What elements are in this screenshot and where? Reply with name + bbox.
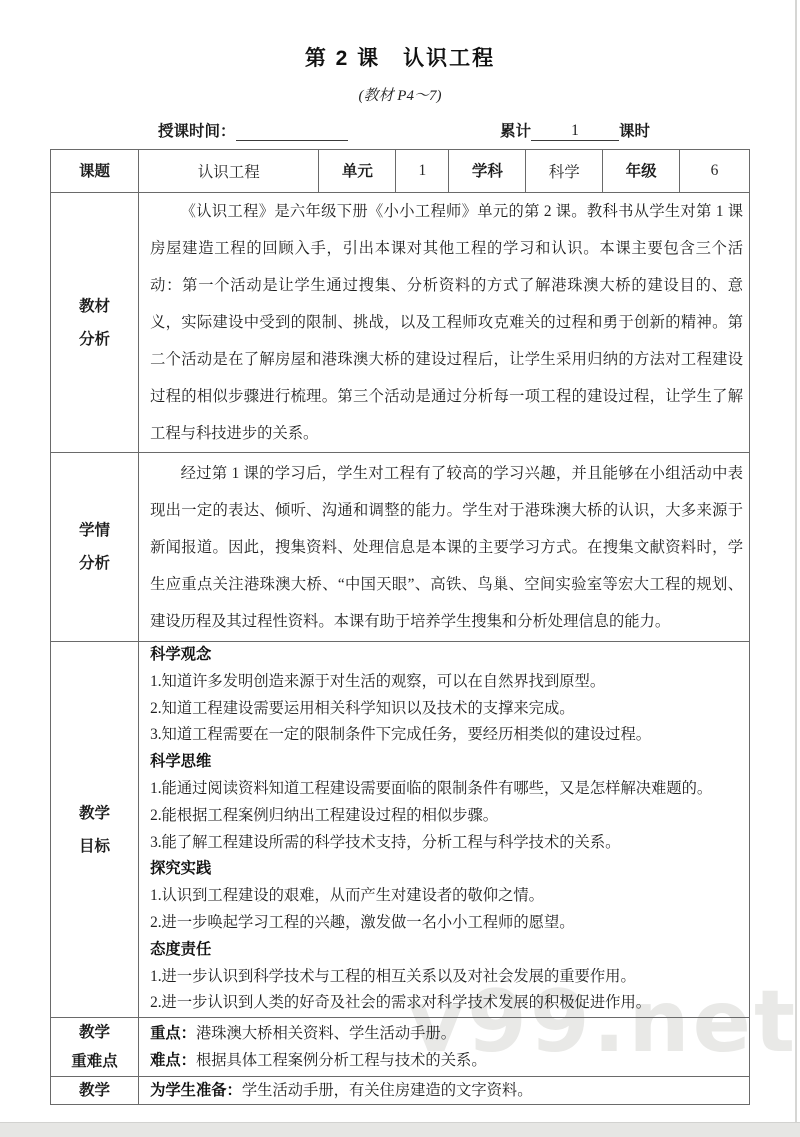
goal-section-science-concept: 科学观念	[150, 642, 743, 669]
preparation-item-text: 学生活动手册，有关住房建造的文字资料。	[242, 1082, 533, 1099]
lesson-time-group: 授课时间：	[158, 119, 348, 141]
preparation-item-label: 为学生准备：	[150, 1082, 242, 1099]
goal-item: 2.能根据工程案例归纳出工程建设过程的相似步骤。	[150, 803, 743, 830]
goal-item: 1.能通过阅读资料知道工程建设需要面临的限制条件有哪些，又是怎样解决难题的。	[150, 776, 743, 803]
info-row: 课题 认识工程 单元 1 学科 科学 年级 6	[51, 150, 750, 193]
learning-analysis-label-line2: 分析	[51, 547, 138, 580]
page-title: 第 2 课 认识工程	[0, 42, 800, 72]
preparation-label: 教学	[51, 1077, 139, 1105]
teaching-goals-label-line1: 教学	[51, 797, 138, 830]
lesson-time-blank-line	[236, 122, 348, 141]
goal-item: 2.进一步认识到人类的好奇及社会的需求对科学技术发展的积极促进作用。	[150, 990, 743, 1017]
key-points-label: 教学 重难点	[51, 1018, 139, 1077]
focus-label: 重点：	[150, 1025, 196, 1042]
material-analysis-label-line1: 教材	[51, 290, 138, 323]
learning-analysis-content: 经过第 1 课的学习后，学生对工程有了较高的学习兴趣，并且能够在小组活动中表现出…	[139, 453, 750, 642]
learning-analysis-label: 学情 分析	[51, 453, 139, 642]
info-grade-value: 6	[680, 150, 750, 193]
difficulty-label: 难点：	[150, 1052, 196, 1069]
goal-section-attitude-responsibility: 态度责任	[150, 937, 743, 964]
material-analysis-label-line2: 分析	[51, 323, 138, 356]
goal-item: 3.能了解工程建设所需的科学技术支持，分析工程与科学技术的关系。	[150, 830, 743, 857]
page-right-edge	[795, 0, 797, 1124]
difficulty-text: 根据具体工程案例分析工程与技术的关系。	[196, 1052, 487, 1069]
goal-item: 1.进一步认识到科学技术与工程的相互关系以及对社会发展的重要作用。	[150, 964, 743, 991]
goal-item: 1.知道许多发明创造来源于对生活的观察，可以在自然界找到原型。	[150, 669, 743, 696]
focus-text: 港珠澳大桥相关资料、学生活动手册。	[196, 1025, 456, 1042]
cumulative-group: 累计 1 课时	[500, 119, 650, 141]
page-bottom-band	[0, 1122, 800, 1137]
info-topic-value: 认识工程	[139, 150, 319, 193]
key-points-label-line1: 教学	[51, 1018, 138, 1047]
learning-analysis-row: 学情 分析 经过第 1 课的学习后，学生对工程有了较高的学习兴趣，并且能够在小组…	[51, 453, 750, 642]
learning-analysis-text: 经过第 1 课的学习后，学生对工程有了较高的学习兴趣，并且能够在小组活动中表现出…	[150, 455, 743, 640]
meta-row: 授课时间： 累计 1 课时	[50, 119, 750, 141]
info-subject-value: 科学	[526, 150, 603, 193]
material-analysis-text: 《认识工程》是六年级下册《小小工程师》单元的第 2 课。教科书从学生对第 1 课…	[150, 193, 743, 452]
key-points-label-line2: 重难点	[51, 1047, 138, 1076]
goal-item: 3.知道工程需要在一定的限制条件下完成任务，要经历相类似的建设过程。	[150, 722, 743, 749]
info-unit-value: 1	[396, 150, 449, 193]
cumulative-suffix: 课时	[619, 119, 650, 141]
teaching-goals-label: 教学 目标	[51, 642, 139, 1018]
goal-item: 2.知道工程建设需要运用相关科学知识以及技术的支撑来完成。	[150, 696, 743, 723]
lesson-plan-table: 课题 认识工程 单元 1 学科 科学 年级 6 教材 分析 《认识工程》是六年级…	[50, 149, 750, 1105]
difficulty-line: 难点：根据具体工程案例分析工程与技术的关系。	[150, 1047, 743, 1074]
preparation-content: 为学生准备：学生活动手册，有关住房建造的文字资料。	[139, 1077, 750, 1105]
learning-analysis-label-line1: 学情	[51, 514, 138, 547]
info-subject-label: 学科	[449, 150, 526, 193]
page-subtitle: (教材 P4～7)	[0, 84, 800, 105]
teaching-goals-row: 教学 目标 科学观念 1.知道许多发明创造来源于对生活的观察，可以在自然界找到原…	[51, 642, 750, 1018]
goal-item: 2.进一步唤起学习工程的兴趣，激发做一名小小工程师的愿望。	[150, 910, 743, 937]
cumulative-prefix: 累计	[500, 119, 531, 141]
document-page: v99.net 第 2 课 认识工程 (教材 P4～7) 授课时间： 累计 1 …	[0, 0, 800, 1137]
lesson-time-label: 授课时间：	[158, 119, 236, 141]
goal-section-inquiry-practice: 探究实践	[150, 856, 743, 883]
preparation-row: 教学 为学生准备：学生活动手册，有关住房建造的文字资料。	[51, 1077, 750, 1105]
info-topic-label: 课题	[51, 150, 139, 193]
info-grade-label: 年级	[603, 150, 680, 193]
focus-line: 重点：港珠澳大桥相关资料、学生活动手册。	[150, 1020, 743, 1047]
cumulative-value: 1	[531, 122, 619, 141]
info-unit-label: 单元	[319, 150, 396, 193]
goal-item: 1.认识到工程建设的艰难，从而产生对建设者的敬仰之情。	[150, 883, 743, 910]
teaching-goals-label-line2: 目标	[51, 830, 138, 863]
material-analysis-content: 《认识工程》是六年级下册《小小工程师》单元的第 2 课。教科书从学生对第 1 课…	[139, 193, 750, 453]
document-content: 第 2 课 认识工程 (教材 P4～7) 授课时间： 累计 1 课时 课题 认识…	[0, 42, 800, 1105]
goal-section-science-thinking: 科学思维	[150, 749, 743, 776]
material-analysis-row: 教材 分析 《认识工程》是六年级下册《小小工程师》单元的第 2 课。教科书从学生…	[51, 193, 750, 453]
key-points-row: 教学 重难点 重点：港珠澳大桥相关资料、学生活动手册。 难点：根据具体工程案例分…	[51, 1018, 750, 1077]
key-points-content: 重点：港珠澳大桥相关资料、学生活动手册。 难点：根据具体工程案例分析工程与技术的…	[139, 1018, 750, 1077]
teaching-goals-content: 科学观念 1.知道许多发明创造来源于对生活的观察，可以在自然界找到原型。 2.知…	[139, 642, 750, 1018]
material-analysis-label: 教材 分析	[51, 193, 139, 453]
